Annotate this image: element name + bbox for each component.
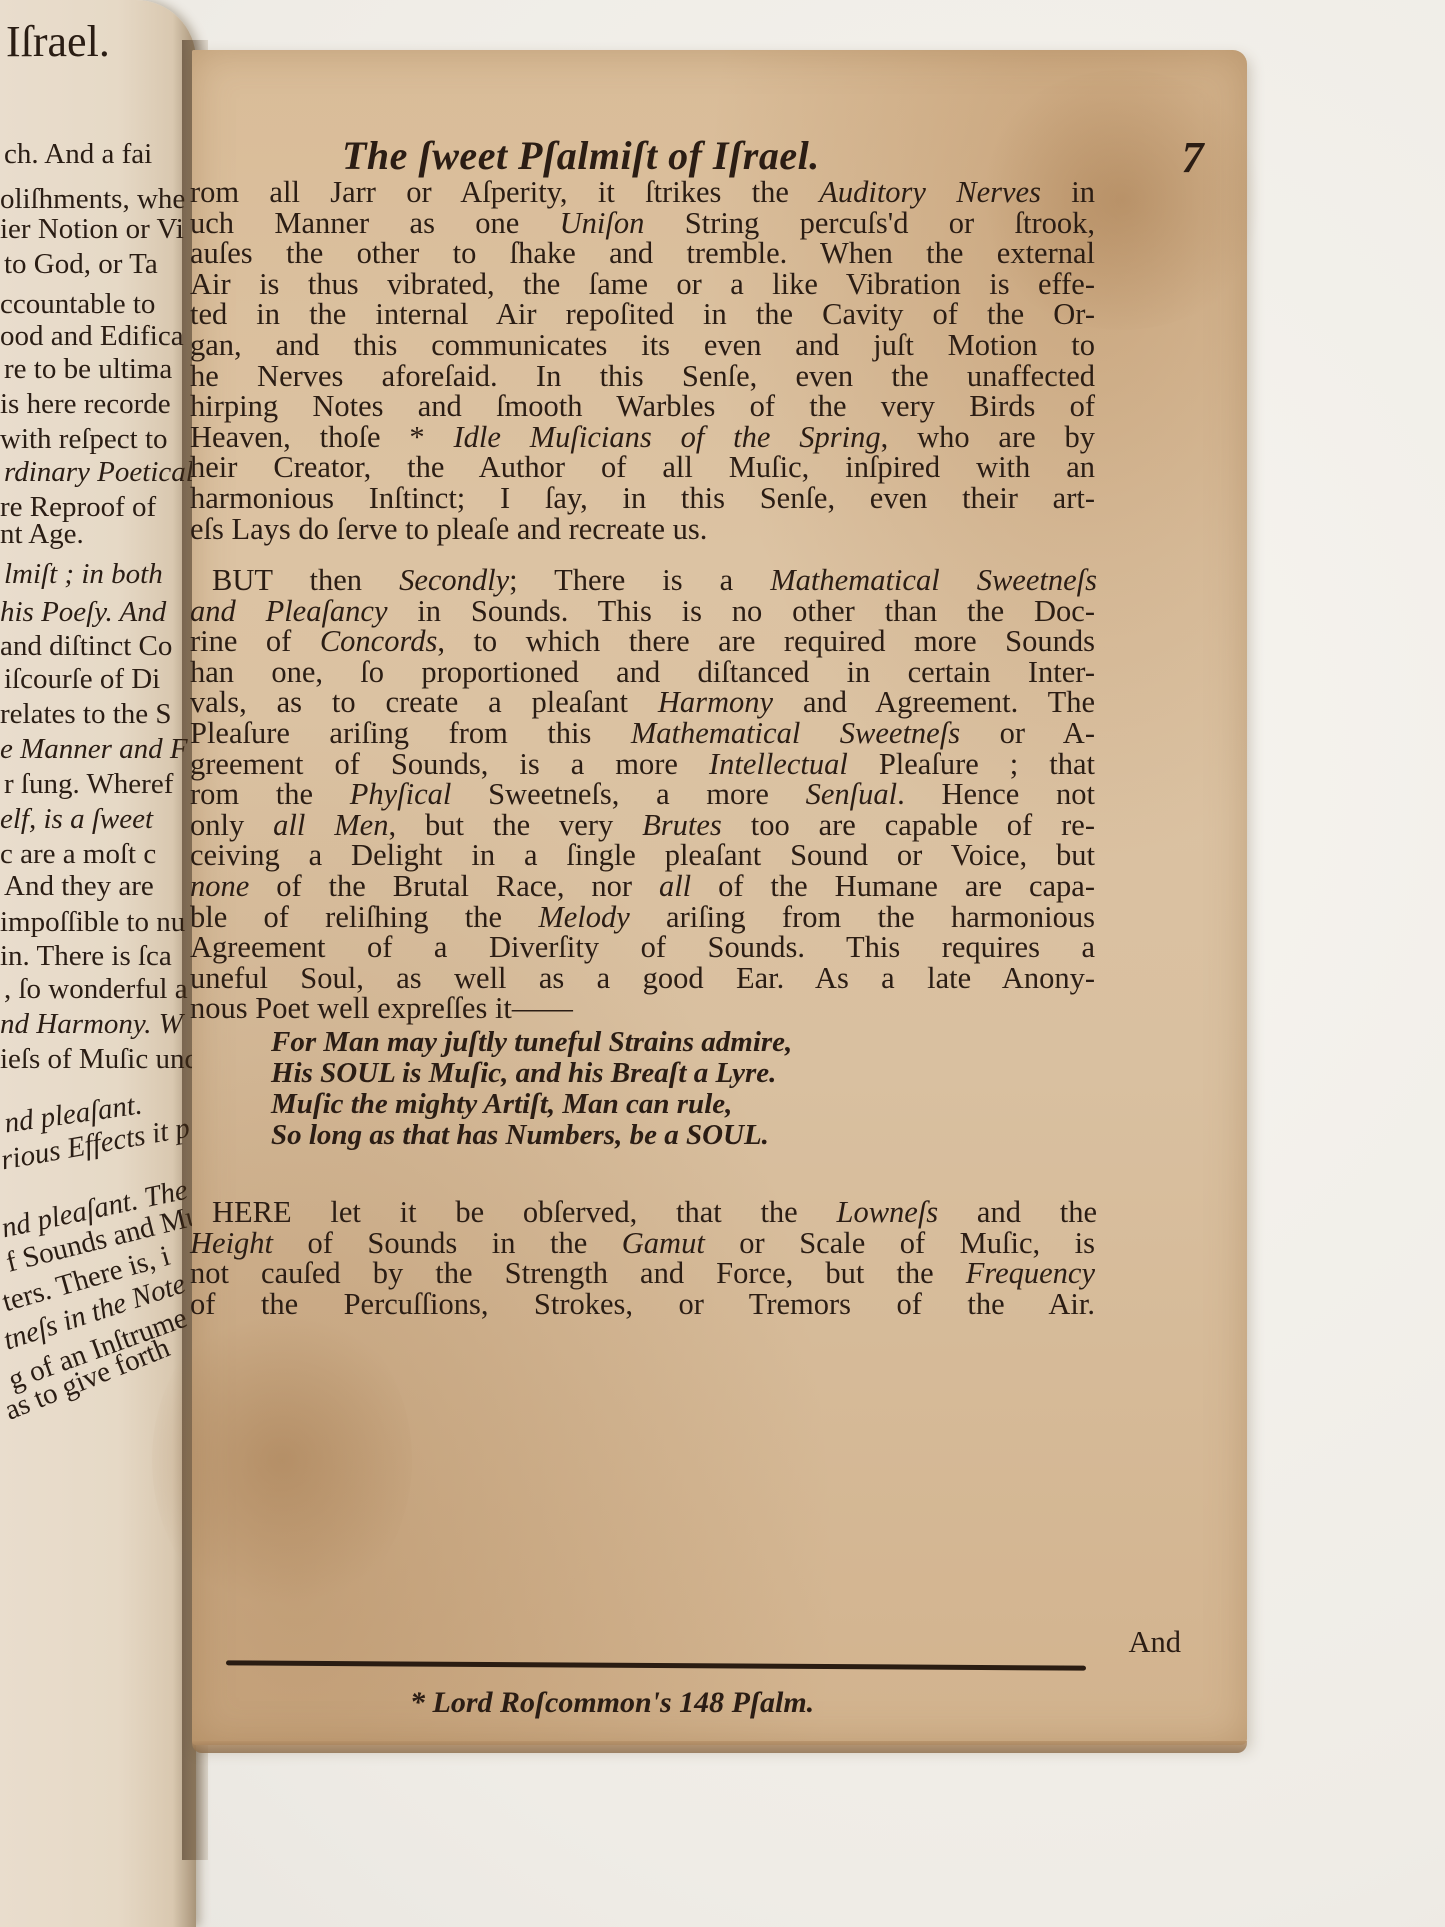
text-line: he Nerves aforeſaid. In this Senſe, even… bbox=[190, 361, 1095, 392]
left-page-text-line: ier Notion or Vi bbox=[0, 215, 184, 244]
text-line: ted in the internal Air repoſited in the… bbox=[190, 299, 1095, 330]
text-line: uch Manner as one Uniſon String percuſs'… bbox=[190, 208, 1095, 239]
left-page-text-line: relates to the S bbox=[0, 700, 172, 729]
page-text: The ſweet Pſalmiſt of Iſrael. 7 rom all … bbox=[192, 50, 1247, 1745]
left-page-text-line: iſcourſe of Di bbox=[4, 665, 160, 694]
left-page: Iſrael. ch. And a faioliſhments, wheier … bbox=[0, 0, 196, 1927]
left-page-text-line: , ſo wonderful a bbox=[4, 975, 188, 1004]
text-line: rine of Concords, to which there are req… bbox=[190, 626, 1095, 657]
text-line: Air is thus vibrated, the ſame or a like… bbox=[190, 269, 1095, 300]
left-page-text-line: to God, or Ta bbox=[4, 250, 158, 279]
verse-line: So long as that has Numbers, be a SOUL. bbox=[271, 1119, 769, 1152]
left-page-text-line: nt Age. bbox=[0, 520, 84, 549]
left-page-text-line: nd Harmony. W bbox=[0, 1010, 183, 1039]
left-page-text-line: ccountable to bbox=[0, 290, 155, 319]
left-page-text-line: e Manner and F bbox=[0, 735, 188, 764]
left-page-text-line: is here recorde bbox=[0, 390, 171, 419]
text-line: auſes the other to ſhake and tremble. Wh… bbox=[190, 238, 1095, 269]
left-page-text-line: elf, is a ſweet bbox=[0, 805, 153, 834]
text-line: rom the Phyſical Sweetneſs, a more Senſu… bbox=[190, 779, 1095, 810]
left-page-text-line: in. There is ſca bbox=[0, 942, 172, 971]
text-line: Height of Sounds in the Gamut or Scale o… bbox=[190, 1228, 1095, 1259]
left-page-text-line: and diſtinct Co bbox=[0, 632, 172, 661]
left-page-text-line: re to be ultima bbox=[4, 355, 172, 384]
text-line: Agreement of a Diverſity of Sounds. This… bbox=[190, 932, 1095, 963]
text-line: han one, ſo proportioned and diſtanced i… bbox=[190, 657, 1095, 688]
left-page-text-line: c are a moſt c bbox=[0, 840, 156, 869]
text-line: only all Men, but the very Brutes too ar… bbox=[190, 810, 1095, 841]
left-page-text-line: lmiſt ; in both bbox=[4, 560, 163, 589]
left-page-text-line: r ſung. Wheref bbox=[4, 770, 173, 799]
text-line: of the Percuſſions, Strokes, or Tremors … bbox=[190, 1289, 1095, 1320]
left-page-text-line: And they are bbox=[4, 872, 154, 901]
page-number: 7 bbox=[1182, 132, 1205, 183]
text-line: Heaven, thoſe * Idle Muſicians of the Sp… bbox=[190, 422, 1095, 453]
text-line: rom all Jarr or Aſperity, it ſtrikes the… bbox=[190, 177, 1095, 208]
footnote-rule bbox=[226, 1660, 1086, 1670]
text-line: HERE let it be obſerved, that the Lowneſ… bbox=[212, 1197, 1097, 1228]
left-page-text-line: with reſpect to bbox=[0, 425, 168, 454]
page-bottom-edge bbox=[192, 1741, 1247, 1753]
text-line: eſs Lays do ſerve to pleaſe and recreate… bbox=[190, 514, 707, 545]
text-line: nous Poet well expreſſes it—— bbox=[190, 993, 573, 1024]
text-line: and Pleaſancy in Sounds. This is no othe… bbox=[190, 596, 1095, 627]
left-page-text-line: his Poeſy. And bbox=[0, 598, 166, 627]
text-line: vals, as to create a pleaſant Harmony an… bbox=[190, 687, 1095, 718]
text-line: none of the Brutal Race, nor all of the … bbox=[190, 871, 1095, 902]
verse-line: Muſic the mighty Artiſt, Man can rule, bbox=[271, 1088, 732, 1121]
left-page-text-line: oliſhments, whe bbox=[0, 185, 185, 214]
text-line: hirping Notes and ſmooth Warbles of the … bbox=[190, 391, 1095, 422]
footnote: * Lord Roſcommon's 148 Pſalm. bbox=[410, 1686, 814, 1720]
text-line: not cauſed by the Strength and Force, bu… bbox=[190, 1258, 1095, 1289]
catchword: And bbox=[1128, 1627, 1181, 1658]
left-page-text-line: ch. And a fai bbox=[4, 140, 152, 169]
left-running-head: Iſrael. bbox=[6, 20, 110, 64]
text-line: ble of reliſhing the Melody ariſing from… bbox=[190, 902, 1095, 933]
text-line: greement of Sounds, is a more Intellectu… bbox=[190, 749, 1095, 780]
left-page-text-line: ood and Edifica bbox=[0, 322, 184, 351]
verse-line: His SOUL is Muſic, and his Breaſt a Lyre… bbox=[271, 1057, 776, 1090]
left-page-text-line: ieſs of Muſic und bbox=[0, 1045, 196, 1074]
right-page: The ſweet Pſalmiſt of Iſrael. 7 rom all … bbox=[192, 50, 1247, 1745]
text-line: BUT then Secondly; There is a Mathematic… bbox=[212, 565, 1097, 596]
left-page-text-line: rdinary Poetical bbox=[4, 458, 194, 487]
text-line: uneful Soul, as well as a good Ear. As a… bbox=[190, 963, 1095, 994]
verse-line: For Man may juſtly tuneful Strains admir… bbox=[271, 1026, 792, 1059]
text-line: gan, and this communicates its even and … bbox=[190, 330, 1095, 361]
text-line: harmonious Inſtinct; I ſay, in this Senſ… bbox=[190, 483, 1095, 514]
running-head-title: The ſweet Pſalmiſt of Iſrael. bbox=[342, 132, 820, 179]
text-line: heir Creator, the Author of all Muſic, i… bbox=[190, 452, 1095, 483]
text-line: ceiving a Delight in a ſingle pleaſant S… bbox=[190, 840, 1095, 871]
text-line: Pleaſure ariſing from this Mathematical … bbox=[190, 718, 1095, 749]
left-page-text-line: impoſſible to nu bbox=[0, 908, 185, 937]
